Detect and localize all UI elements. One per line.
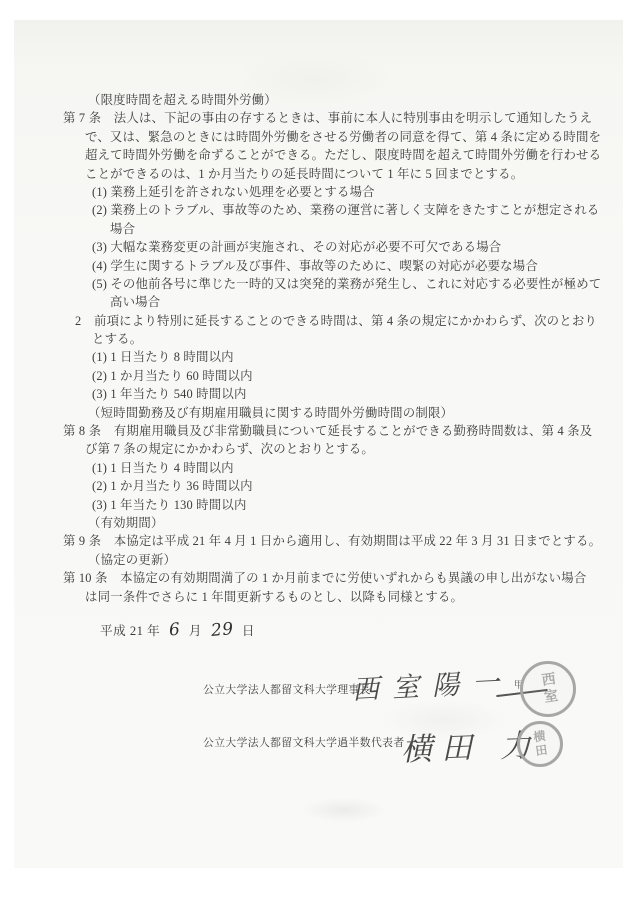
document-line: 第 9 条 本協定は平成 21 年 4 月 1 日から適用し、有効期間は平成 2… <box>63 532 601 550</box>
document-line: （協定の更新） <box>63 551 601 569</box>
document-line: (2) 1 か月当たり 36 時間以内 <box>63 477 601 495</box>
seal-stamp-chairman: 西室 <box>520 661 576 717</box>
seal-stamp-representative: 横田 <box>517 721 563 767</box>
document-line: び第 7 条の規定にかかわらず、次のとおりとする。 <box>63 440 601 458</box>
handwritten-day: 29 <box>210 619 234 641</box>
seal-text-chairman: 西室 <box>539 671 558 707</box>
document-line: (2) 業務上のトラブル、事故等のため、業務の運営に著しく支障をきたすことが想定… <box>63 201 601 219</box>
document-line: (1) 業務上延引を許されない処理を必要とする場合 <box>63 183 601 201</box>
handwritten-month: 6 <box>168 620 181 641</box>
document-line: （有効期間） <box>63 514 601 532</box>
document-line: 場合 <box>63 220 601 238</box>
document-line: 超えて時間外労働を命ずることができる。ただし、限度時間を超えて時間外労働を行わせ… <box>63 146 601 164</box>
signature-handwriting-chairman: 西室陽一 <box>351 660 513 707</box>
era-year: 平成 21 年 <box>100 624 160 638</box>
date-line: 平成 21 年 6 月 29 日 <box>100 620 255 640</box>
signer-title-representative: 公立大学法人都留文科大学過半数代表者 <box>203 735 405 750</box>
document-line: (3) 1 年当たり 130 時間以内 <box>63 496 601 514</box>
scanned-document-page: （限度時間を超える時間外労働）第 7 条 法人は、下記の事由の存するときは、事前… <box>14 20 623 868</box>
document-line: (1) 1 日当たり 4 時間以内 <box>63 459 601 477</box>
document-line: (3) 1 年当たり 540 時間以内 <box>63 385 601 403</box>
document-line: は同一条件でさらに 1 年間更新するものとし、以降も同様とする。 <box>63 588 601 606</box>
month-label: 月 <box>189 624 202 638</box>
document-line: (1) 1 日当たり 8 時間以内 <box>63 348 601 366</box>
document-line: (4) 学生に関するトラブル及び事件、事故等のために、喫緊の対応が必要な場合 <box>63 257 601 275</box>
document-line: （限度時間を超える時間外労働） <box>63 91 601 109</box>
document-line: ことができるのは、1 か月当たりの延長時間について 1 年に 5 回までとする。 <box>63 165 601 183</box>
seal-text-representative: 横田 <box>532 729 548 758</box>
signer-title-chairman: 公立大学法人都留文科大学理事長 <box>203 682 371 697</box>
document-line: で、又は、緊急のときには時間外労働をさせる労働者の同意を得て、第 4 条に定める… <box>63 128 601 146</box>
document-line: 2 前項により特別に延長することのできる時間は、第 4 条の規定にかかわらず、次… <box>63 312 601 330</box>
document-line: 第 10 条 本協定の有効期間満了の 1 か月前までに労使いずれからも異議の申し… <box>63 569 601 587</box>
document-line: とする。 <box>63 330 601 348</box>
document-line: (5) その他前各号に準じた一時的又は突発的業務が発生し、これに対応する必要性が… <box>63 275 601 293</box>
document-line: （短時間勤務及び有期雇用職員に関する時間外労働時間の制限） <box>63 404 601 422</box>
document-line: 第 8 条 有期雇用職員及び非常勤職員について延長することができる勤務時間数は、… <box>63 422 601 440</box>
document-line: (3) 大幅な業務変更の計画が実施され、その対応が必要不可欠である場合 <box>63 238 601 256</box>
document-line: 第 7 条 法人は、下記の事由の存するときは、事前に本人に特別事由を明示して通知… <box>63 109 601 127</box>
document-line: 高い場合 <box>63 293 601 311</box>
day-label: 日 <box>242 624 255 638</box>
document-line: (2) 1 か月当たり 60 時間以内 <box>63 367 601 385</box>
document-body: （限度時間を超える時間外労働）第 7 条 法人は、下記の事由の存するときは、事前… <box>63 91 601 606</box>
